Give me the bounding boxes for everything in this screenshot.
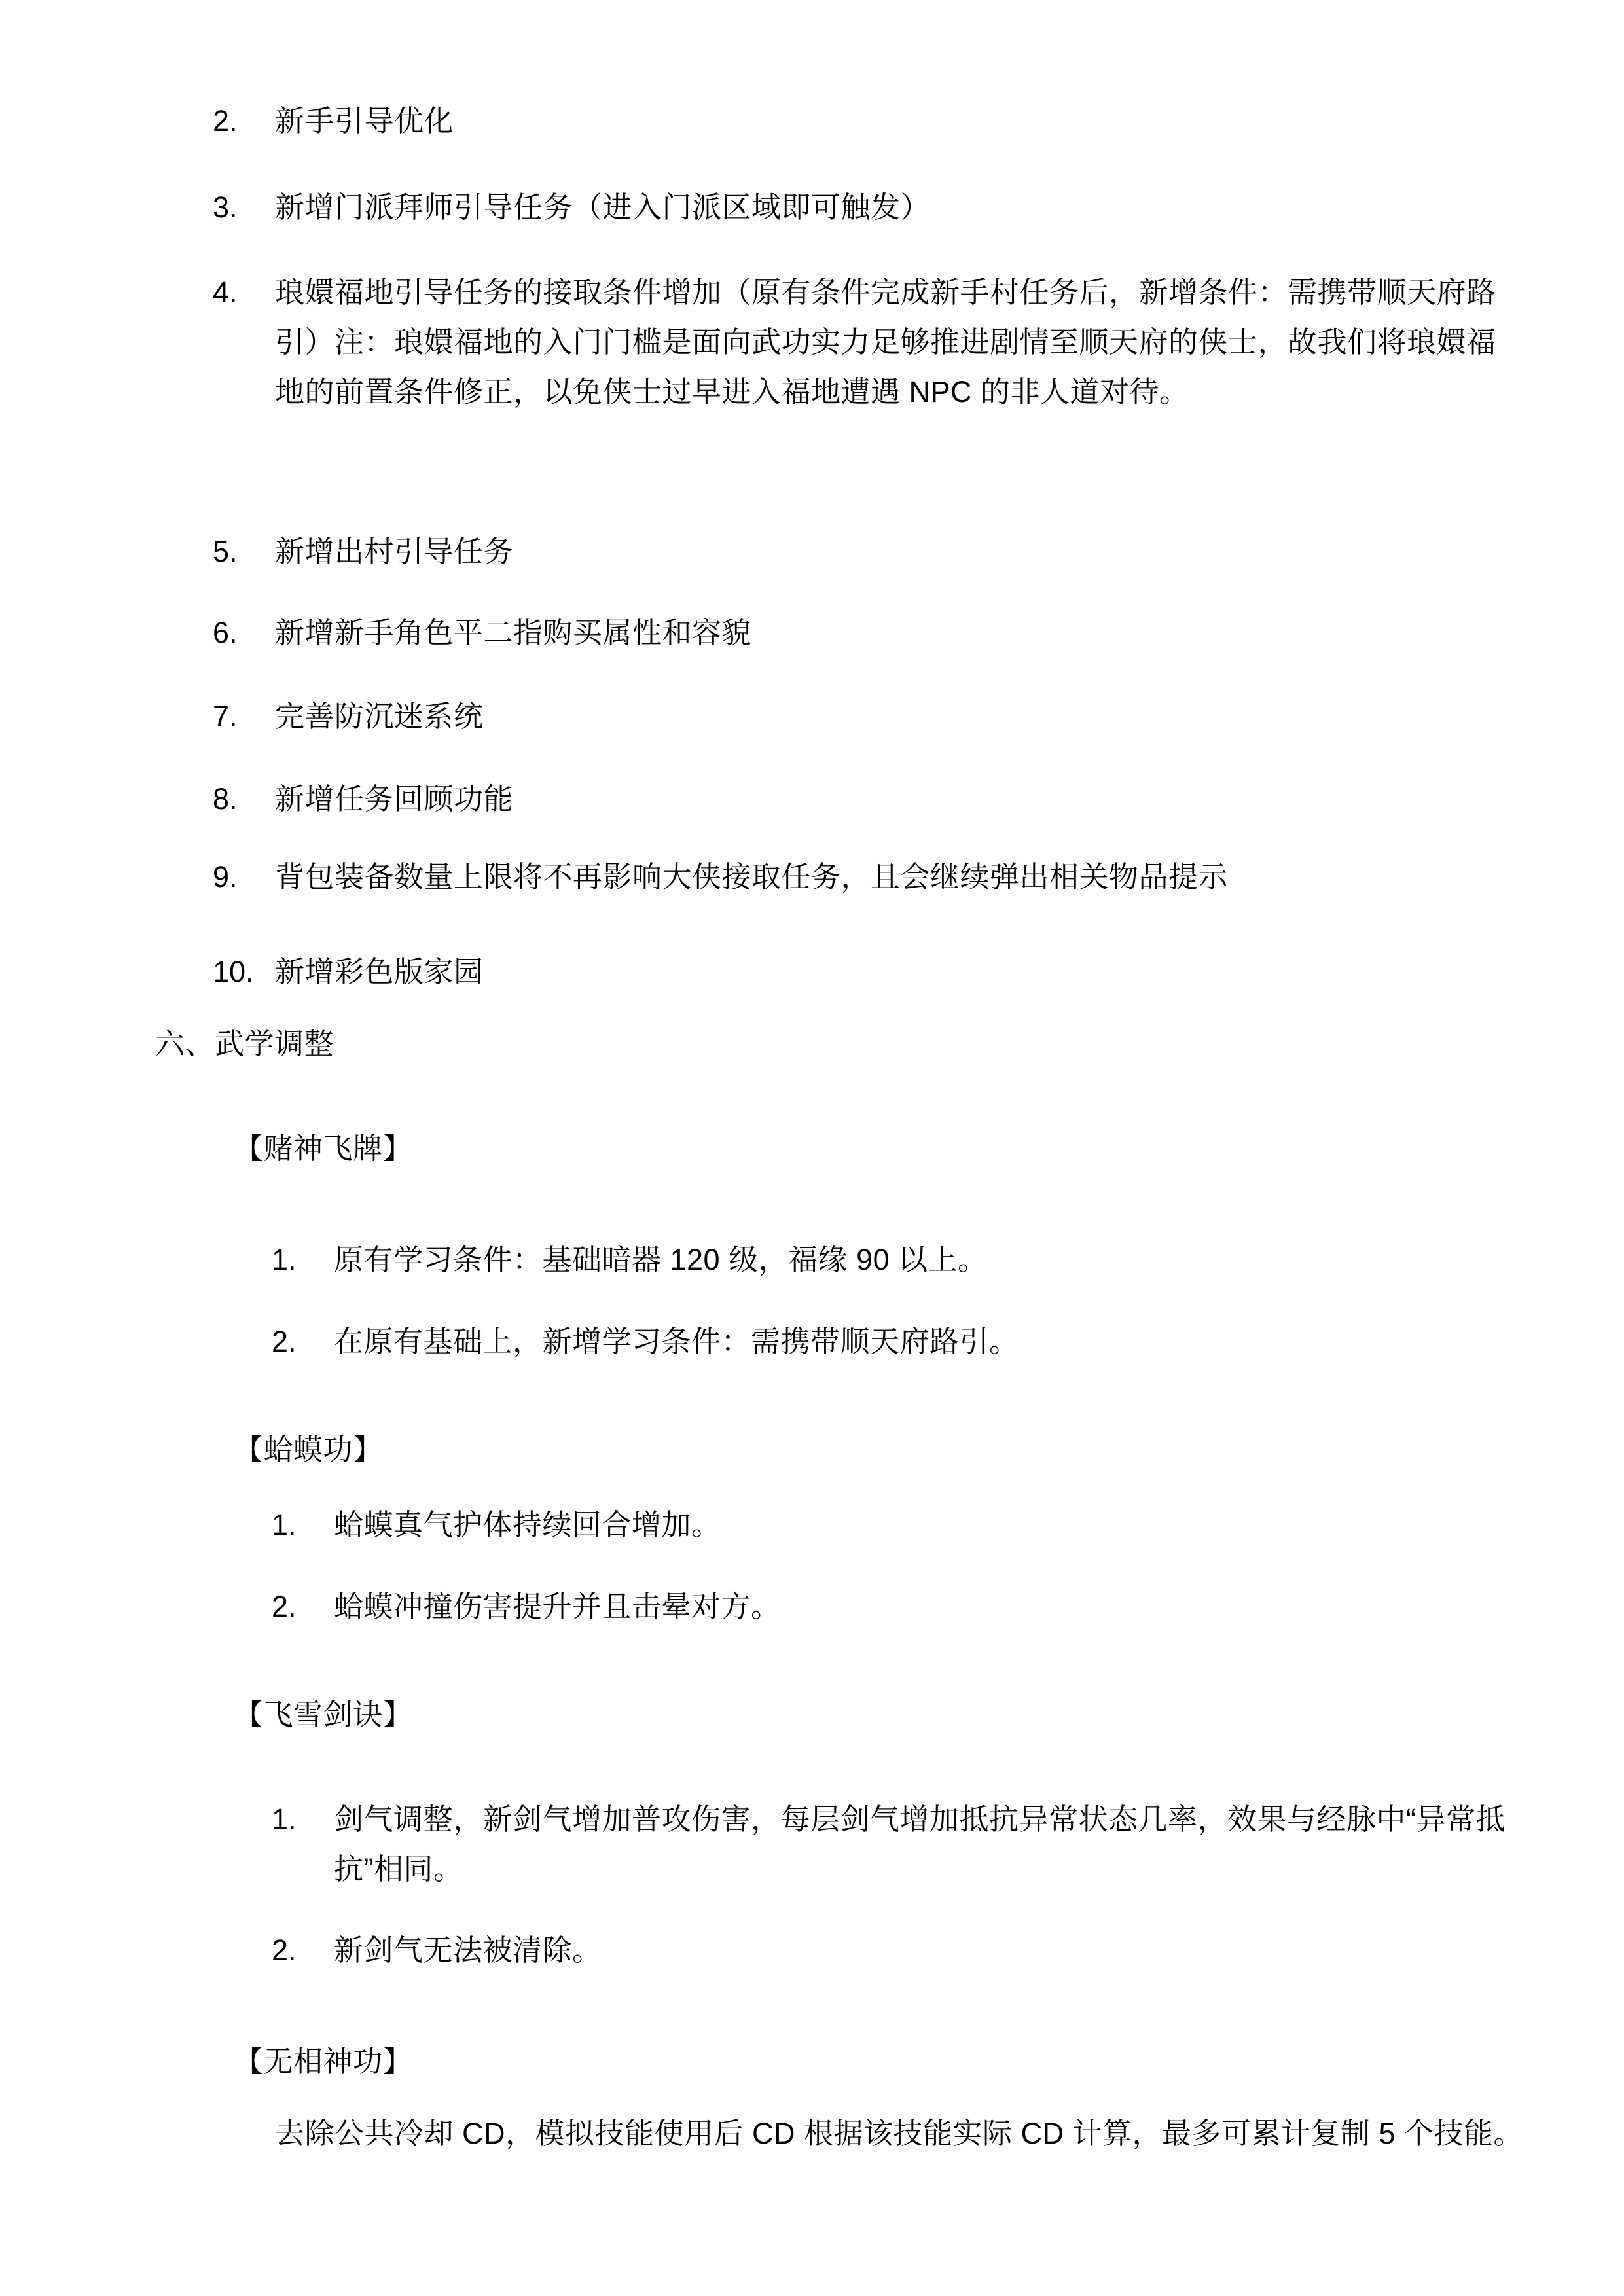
- list-item-number: 2.: [272, 1582, 297, 1632]
- section-heading: 六、武学调整: [155, 1019, 1624, 1069]
- list-item-text: 新增彩色版家园: [275, 955, 484, 988]
- skill-title: 【无相神功】: [234, 2037, 1624, 2087]
- list-item-text: 完善防沉迷系统: [275, 700, 484, 733]
- list-item: 1. 蛤蟆真气护体持续回合增加。: [334, 1500, 1542, 1550]
- list-item-number: 10.: [213, 947, 254, 997]
- list-item-text: 剑气调整，新剑气增加普攻伤害，每层剑气增加抵抗异常状态几率，效果与经脉中“异常抵…: [334, 1803, 1506, 1886]
- list-item: 9. 背包装备数量上限将不再影响大侠接取任务，且会继续弹出相关物品提示: [275, 852, 1506, 902]
- list-item-number: 6.: [213, 608, 238, 658]
- skill-paragraph: 去除公共冷却 CD，模拟技能使用后 CD 根据该技能实际 CD 计算，最多可累计…: [275, 2109, 1585, 2159]
- list-item: 2. 新手引导优化: [275, 96, 1506, 146]
- list-item-number: 1.: [272, 1235, 297, 1285]
- list-item: 2. 新剑气无法被清除。: [334, 1926, 1542, 1975]
- list-item: 6. 新增新手角色平二指购买属性和容貌: [275, 608, 1506, 658]
- list-item: 10. 新增彩色版家园: [275, 947, 1506, 997]
- list-item-text: 新增新手角色平二指购买属性和容貌: [275, 616, 751, 649]
- list-item-number: 8.: [213, 774, 238, 824]
- list-item-number: 2.: [272, 1317, 297, 1367]
- list-item: 8. 新增任务回顾功能: [275, 774, 1506, 824]
- list-item-text: 琅嬛福地引导任务的接取条件增加（原有条件完成新手村任务后，新增条件：需携带顺天府…: [275, 276, 1496, 408]
- list-item-text: 新增门派拜师引导任务（进入门派区域即可触发）: [275, 190, 930, 224]
- skill-title: 【飞雪剑诀】: [234, 1690, 1624, 1740]
- list-item-number: 3.: [213, 183, 238, 232]
- list-item-text: 新增任务回顾功能: [275, 782, 513, 816]
- skill-title: 【赌神飞牌】: [234, 1124, 1624, 1174]
- list-item-number: 4.: [213, 268, 238, 317]
- list-item: 2. 蛤蟆冲撞伤害提升并且击晕对方。: [334, 1582, 1542, 1632]
- list-item-text: 背包装备数量上限将不再影响大侠接取任务，且会继续弹出相关物品提示: [275, 860, 1228, 893]
- list-item-text: 蛤蟆真气护体持续回合增加。: [334, 1508, 721, 1541]
- list-item: 2. 在原有基础上，新增学习条件：需携带顺天府路引。: [334, 1317, 1542, 1367]
- list-item-number: 1.: [272, 1795, 297, 1844]
- list-item-number: 7.: [213, 692, 238, 742]
- list-item-text: 原有学习条件：基础暗器 120 级，福缘 90 以上。: [334, 1243, 988, 1276]
- document-page: 2. 新手引导优化 3. 新增门派拜师引导任务（进入门派区域即可触发） 4. 琅…: [0, 0, 1624, 2296]
- skill-title: 【蛤蟆功】: [234, 1425, 1624, 1475]
- list-item: 1. 原有学习条件：基础暗器 120 级，福缘 90 以上。: [334, 1235, 1542, 1285]
- list-item-text: 新增出村引导任务: [275, 535, 513, 568]
- list-item-number: 2.: [272, 1926, 297, 1975]
- list-item: 7. 完善防沉迷系统: [275, 692, 1506, 742]
- list-item-text: 蛤蟆冲撞伤害提升并且击晕对方。: [334, 1590, 781, 1623]
- list-item-number: 1.: [272, 1500, 297, 1550]
- list-item-number: 5.: [213, 527, 238, 577]
- list-item-number: 9.: [213, 852, 238, 902]
- list-item-text: 新手引导优化: [275, 104, 454, 137]
- list-item: 3. 新增门派拜师引导任务（进入门派区域即可触发）: [275, 183, 1506, 232]
- list-item-text: 在原有基础上，新增学习条件：需携带顺天府路引。: [334, 1325, 1019, 1358]
- list-item-text: 新剑气无法被清除。: [334, 1933, 602, 1967]
- list-item: 4. 琅嬛福地引导任务的接取条件增加（原有条件完成新手村任务后，新增条件：需携带…: [275, 268, 1506, 417]
- list-item: 5. 新增出村引导任务: [275, 527, 1506, 577]
- list-item-number: 2.: [213, 96, 238, 146]
- list-item: 1. 剑气调整，新剑气增加普攻伤害，每层剑气增加抵抗异常状态几率，效果与经脉中“…: [334, 1795, 1542, 1894]
